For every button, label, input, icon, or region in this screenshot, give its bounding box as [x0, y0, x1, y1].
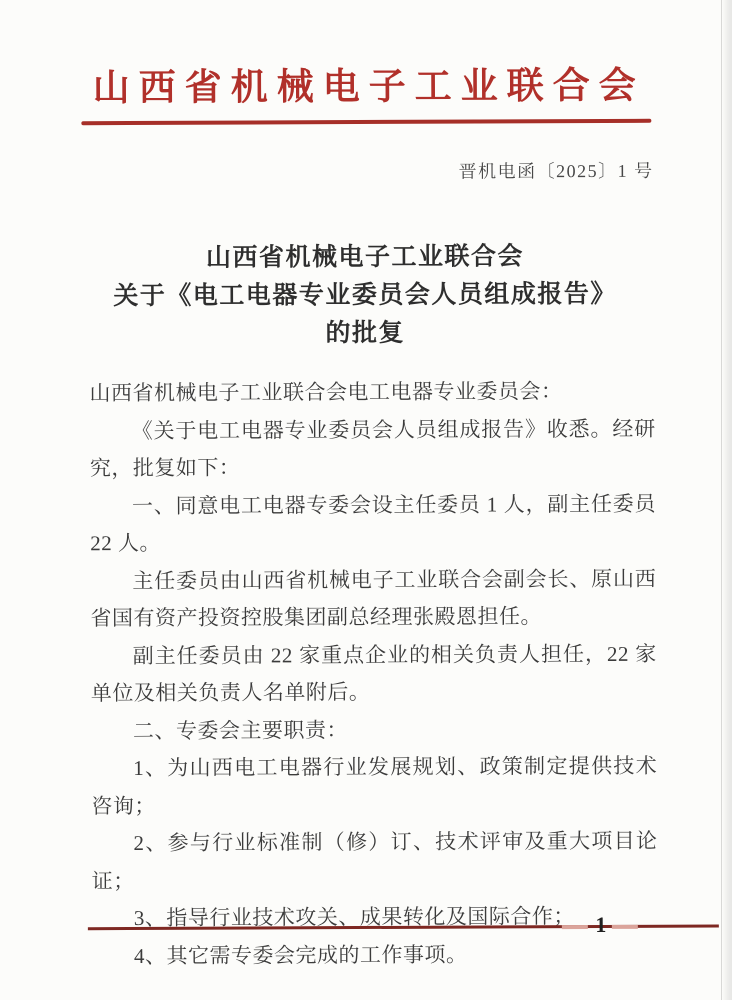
paragraph: 1、为山西电工电器行业发展规划、政策制定提供技术咨询；: [91, 748, 657, 825]
document-content: 山西省机械电子工业联合会 晋机电函〔2025〕1 号 山西省机械电子工业联合会 …: [0, 0, 732, 1000]
scanned-document-page: 山西省机械电子工业联合会 晋机电函〔2025〕1 号 山西省机械电子工业联合会 …: [0, 0, 732, 1000]
letterhead-org-name: 山西省机械电子工业联合会: [0, 54, 730, 111]
page-number-dash-right: [612, 925, 638, 929]
paragraph: 主任委员由山西省机械电子工业联合会副会长、原山西省国有资产投资控股集团副总经理张…: [90, 560, 656, 637]
document-title-line-1: 山西省机械电子工业联合会: [0, 236, 731, 277]
paragraph: 二、专委会主要职责：: [91, 710, 657, 750]
paragraph: 4、其它需专委会完成的工作事项。: [92, 935, 658, 975]
document-title: 山西省机械电子工业联合会 关于《电工电器专业委员会人员组成报告》 的批复: [0, 236, 731, 353]
document-title-line-3: 的批复: [0, 312, 731, 353]
paragraph: 《关于电工电器专业委员会人员组成报告》收悉。经研究，批复如下：: [90, 410, 656, 487]
page-number-dash-left: [562, 925, 588, 929]
scan-edge-shadow: [721, 0, 732, 1000]
document-body: 山西省机械电子工业联合会电工电器专业委员会： 《关于电工电器专业委员会人员组成报…: [89, 373, 658, 975]
letterhead-divider-rule: [81, 119, 651, 125]
document-title-line-2: 关于《电工电器专业委员会人员组成报告》: [0, 274, 731, 315]
document-number: 晋机电函〔2025〕1 号: [459, 157, 654, 184]
paragraph: 副主任委员由 22 家重点企业的相关负责人担任，22 家单位及相关负责人名单附后…: [91, 635, 657, 712]
salutation: 山西省机械电子工业联合会电工电器专业委员会：: [89, 373, 655, 413]
page-number: 1: [593, 912, 609, 938]
paragraph: 2、参与行业标准制（修）订、技术评审及重大项目论证；: [91, 823, 657, 900]
paragraph: 一、同意电工电器专委会设主任委员 1 人，副主任委员 22 人。: [90, 485, 656, 562]
paragraph: 3、指导行业技术攻关、成果转化及国际合作；: [92, 898, 658, 938]
